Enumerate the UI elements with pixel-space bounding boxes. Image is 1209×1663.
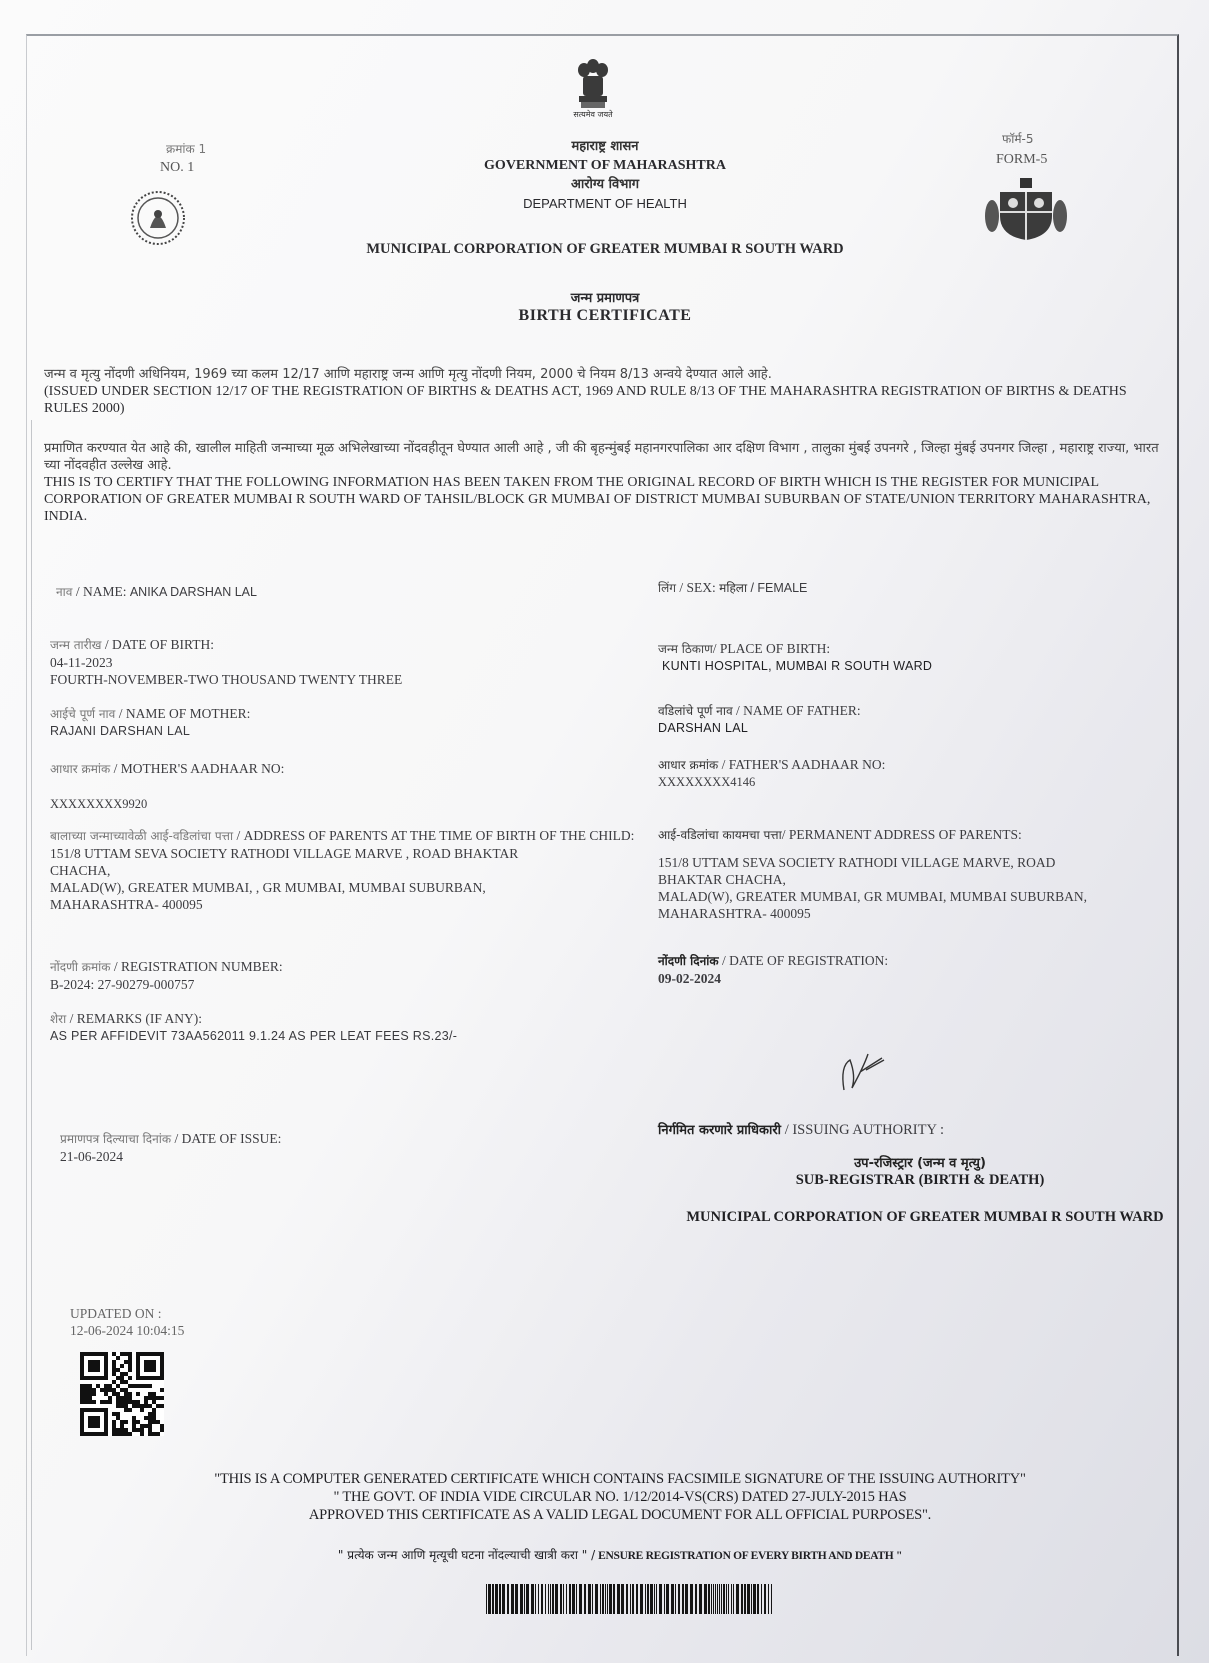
dob-label: / DATE OF BIRTH: [105,637,214,652]
emblem-motto: सत्यमेव जयते [555,109,631,120]
issued-under-section: जन्म व मृत्यु नोंदणी अधिनियम, 1969 च्या … [44,366,1164,417]
dept-title-mr: आरोग्य विभाग [355,175,855,194]
registration-number-field: नोंदणी क्रमांक / REGISTRATION NUMBER: B-… [50,958,283,993]
mother-aadhaar-value: XXXXXXXX9920 [50,796,284,813]
updated-on-label: UPDATED ON : [70,1305,184,1322]
sub-registrar-title: SUB-REGISTRAR (BIRTH & DEATH) [760,1172,1080,1189]
slogan-en: ENSURE REGISTRATION OF EVERY BIRTH AND D… [598,1550,902,1562]
certification-mr: प्रमाणित करण्यात येत आहे की, खालील माहित… [44,440,1164,474]
place-of-birth-value: KUNTI HOSPITAL, MUMBAI R SOUTH WARD [658,658,932,675]
remarks-value: AS PER AFFIDEVIT 73AA562011 9.1.24 AS PE… [50,1028,457,1045]
slogan-mr: " प्रत्येक जन्म आणि मृत्यूची घटना नोंदल्… [338,1548,595,1562]
signature-icon [838,1046,888,1096]
father-name-label: / NAME OF FATHER: [736,703,861,718]
corporation-title: MUNICIPAL CORPORATION OF GREATER MUMBAI … [300,241,910,258]
mcgm-crest-icon [984,176,1068,244]
address-at-birth-line: MALAD(W), GREATER MUMBAI, , GR MUMBAI, M… [50,879,640,896]
sex-label-mr: लिंग [658,581,676,595]
dob-words-value: FOURTH-NOVEMBER-TWO THOUSAND TWENTY THRE… [50,671,402,688]
father-aadhaar-label-mr: आधार क्रमांक [658,758,718,772]
registration-number-label-mr: नोंदणी क्रमांक [50,960,110,974]
date-of-birth-field: जन्म तारीख / DATE OF BIRTH: 04-11-2023 F… [50,636,402,688]
form-label-mr: फॉर्म-5 [1002,130,1034,147]
child-name-label: / NAME: [76,584,127,599]
address-at-birth-line: CHACHA, [50,862,640,879]
registration-date-label-mr: नोंदणी दिनांक [658,954,719,968]
registration-slogan: " प्रत्येक जन्म आणि मृत्यूची घटना नोंदल्… [180,1546,1060,1563]
state-seal-icon [130,190,186,246]
place-of-birth-field: जन्म ठिकाण/ PLACE OF BIRTH: KUNTI HOSPIT… [658,640,932,675]
issuing-authority-label: / ISSUING AUTHORITY : [781,1122,944,1138]
serial-label-en: NO. 1 [160,160,194,176]
permanent-address-line: MAHARASHTRA- 400095 [658,905,1178,922]
remarks-label: / REMARKS (IF ANY): [66,1011,202,1026]
child-name-field: नाव / NAME: ANIKA DARSHAN LAL [56,583,257,601]
updated-on: UPDATED ON : 12-06-2024 10:04:15 [70,1305,184,1339]
sex-label: / SEX: [679,580,715,595]
form-label-en: FORM-5 [996,152,1047,168]
gov-title-mr: महाराष्ट्र शासन [355,137,855,156]
permanent-address-label: / PERMANENT ADDRESS OF PARENTS: [782,827,1022,842]
registration-date-field: नोंदणी दिनांक / DATE OF REGISTRATION: 09… [658,952,888,987]
address-at-birth-label: / ADDRESS OF PARENTS AT THE TIME OF BIRT… [236,828,634,843]
permanent-address-field: आई-वडिलांचा कायमचा पत्ता/ PERMANENT ADDR… [658,826,1178,922]
certification-statement: प्रमाणित करण्यात येत आहे की, खालील माहित… [44,440,1164,525]
permanent-address-line: 151/8 UTTAM SEVA SOCIETY RATHODI VILLAGE… [658,854,1178,871]
father-aadhaar-value: XXXXXXXX4146 [658,774,885,791]
permanent-address-line: MALAD(W), GREATER MUMBAI, GR MUMBAI, MUM… [658,888,1178,905]
issuing-corporation: MUNICIPAL CORPORATION OF GREATER MUMBAI … [675,1208,1175,1226]
dob-label-mr: जन्म तारीख [50,638,102,652]
qr-code[interactable] [80,1352,164,1436]
footer-line-1: "THIS IS A COMPUTER GENERATED CERTIFICAT… [140,1470,1100,1488]
mother-aadhaar-label-mr: आधार क्रमांक [50,762,110,776]
address-at-birth-line: 151/8 UTTAM SEVA SOCIETY RATHODI VILLAGE… [50,845,640,862]
footer-line-2: " THE GOVT. OF INDIA VIDE CIRCULAR NO. 1… [140,1488,1100,1506]
place-of-birth-label: / PLACE OF BIRTH: [713,641,830,656]
barcode [486,1584,772,1614]
date-of-issue-value: 21-06-2024 [60,1148,281,1165]
updated-on-value: 12-06-2024 10:04:15 [70,1322,184,1339]
mother-aadhaar-label: / MOTHER'S AADHAAR NO: [114,761,285,776]
address-at-birth-field: बालाच्या जन्माच्यावेळी आई-वडिलांचा पत्ता… [50,827,640,913]
mother-name-label: / NAME OF MOTHER: [119,706,251,721]
father-aadhaar-field: आधार क्रमांक / FATHER'S AADHAAR NO: XXXX… [658,756,885,791]
permanent-address-label-mr: आई-वडिलांचा कायमचा पत्ता [658,828,782,842]
left-border [31,420,32,1650]
permanent-address-line: BHAKTAR CHACHA, [658,871,1178,888]
registration-date-label: / DATE OF REGISTRATION: [719,953,889,968]
serial-label-mr: क्रमांक 1 [166,140,206,157]
date-of-issue-label: / DATE OF ISSUE: [171,1131,281,1146]
father-name-label-mr: वडिलांचे पूर्ण नाव [658,704,733,718]
issued-under-en: (ISSUED UNDER SECTION 12/17 OF THE REGIS… [44,383,1164,417]
computer-generated-notice: "THIS IS A COMPUTER GENERATED CERTIFICAT… [140,1470,1100,1524]
mother-name-label-mr: आईचे पूर्ण नाव [50,707,115,721]
sex-value: / FEMALE [750,581,807,595]
sex-field: लिंग / SEX: महिला / FEMALE [658,579,807,597]
place-of-birth-label-mr: जन्म ठिकाण [658,642,713,656]
issuing-authority-label-mr: निर्गमित करणारे प्राधिकारी [658,1123,781,1138]
certificate-title-mr: जन्म प्रमाणपत्र [420,288,790,306]
address-at-birth-label-mr: बालाच्या जन्माच्यावेळी आई-वडिलांचा पत्ता [50,829,233,843]
dob-value: 04-11-2023 [50,654,402,671]
child-name-value: ANIKA DARSHAN LAL [130,585,257,599]
father-name-value: DARSHAN LAL [658,720,861,737]
date-of-issue-field: प्रमाणपत्र दिल्याचा दिनांक / DATE OF ISS… [60,1130,281,1165]
mother-name-field: आईचे पूर्ण नाव / NAME OF MOTHER: RAJANI … [50,705,250,740]
remarks-label-mr: शेरा [50,1012,66,1026]
registration-number-value: B-2024: 27-90279-000757 [50,976,283,993]
sex-value-mr: महिला [719,581,747,595]
father-aadhaar-label: / FATHER'S AADHAAR NO: [722,757,886,772]
registration-number-label: / REGISTRATION NUMBER: [110,959,282,974]
issuing-authority-label-row: निर्गमित करणारे प्राधिकारी / ISSUING AUT… [658,1122,944,1139]
date-of-issue-label-mr: प्रमाणपत्र दिल्याचा दिनांक [60,1132,171,1146]
gov-title-en: GOVERNMENT OF MAHARASHTRA [355,156,855,175]
footer-line-3: APPROVED THIS CERTIFICATE AS A VALID LEG… [140,1506,1100,1524]
address-at-birth-line: MAHARASHTRA- 400095 [50,896,640,913]
dept-title-en: DEPARTMENT OF HEALTH [355,194,855,213]
registration-date-value: 09-02-2024 [658,970,888,987]
child-name-label-mr: नाव [56,585,72,599]
remarks-field: शेरा / REMARKS (IF ANY): AS PER AFFIDEVI… [50,1010,457,1045]
mother-name-value: RAJANI DARSHAN LAL [50,723,250,740]
certification-en: THIS IS TO CERTIFY THAT THE FOLLOWING IN… [44,474,1164,525]
father-name-field: वडिलांचे पूर्ण नाव / NAME OF FATHER: DAR… [658,702,861,737]
sub-registrar-title-mr: उप-रजिस्ट्रार (जन्म व मृत्यु) [760,1153,1080,1171]
mother-aadhaar-field: आधार क्रमांक / MOTHER'S AADHAAR NO: XXXX… [50,760,284,813]
issued-under-mr: जन्म व मृत्यु नोंदणी अधिनियम, 1969 च्या … [44,366,1164,383]
certificate-title-en: BIRTH CERTIFICATE [420,307,790,325]
